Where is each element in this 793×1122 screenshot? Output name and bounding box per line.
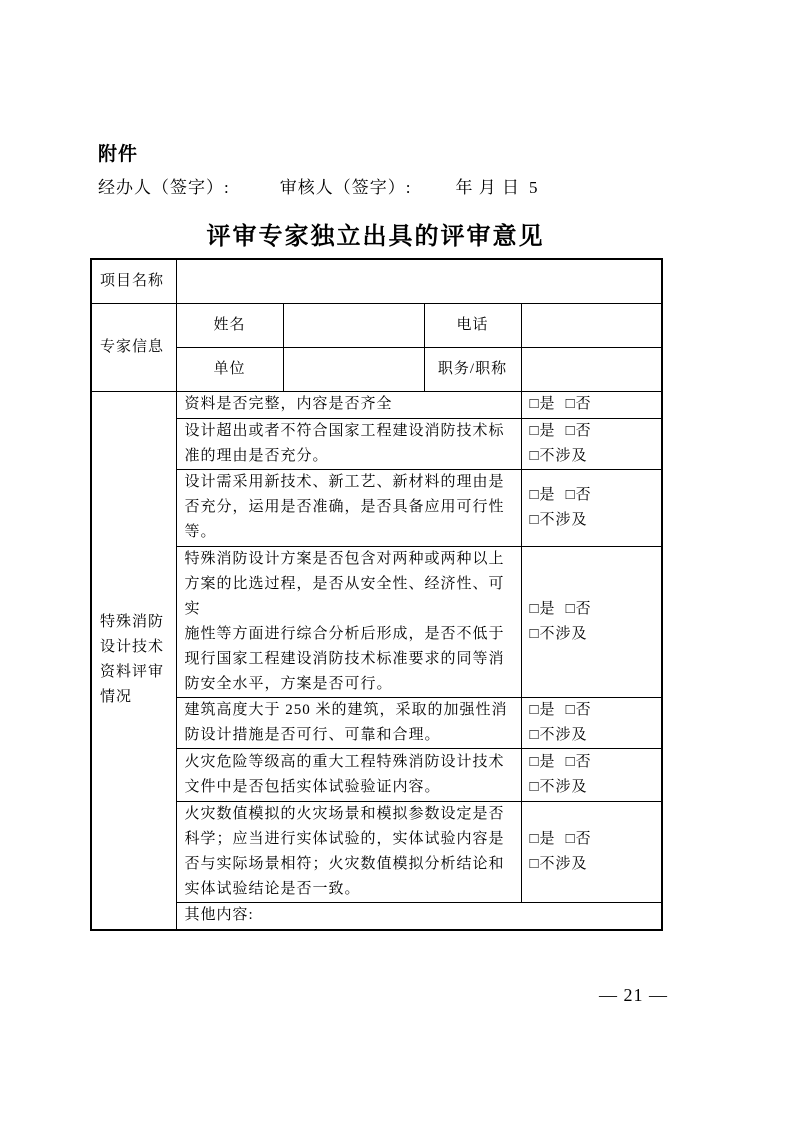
- yes-checkbox[interactable]: □是: [530, 702, 556, 718]
- options-cell: □是□否 □不涉及: [521, 418, 662, 469]
- name-label: 姓名: [176, 303, 283, 347]
- yes-checkbox[interactable]: □是: [530, 601, 556, 617]
- reviewer-signature-label: 审核人（签字）:: [280, 178, 412, 197]
- date-label: 年 月 日: [455, 178, 520, 197]
- project-name-value[interactable]: [176, 259, 662, 303]
- phone-label: 电话: [424, 303, 521, 347]
- checklist-row-3: 设计需采用新技术、新工艺、新材料的理由是否充分，运用是否准确，是否具备应用可行性…: [91, 469, 662, 546]
- no-checkbox[interactable]: □否: [566, 831, 592, 847]
- question-text: 设计需采用新技术、新工艺、新材料的理由是否充分，运用是否准确，是否具备应用可行性…: [176, 469, 521, 546]
- checklist-row-6: 火灾危险等级高的重大工程特殊消防设计技术文件中是否包括实体试验验证内容。 □是□…: [91, 748, 662, 801]
- review-form-table: 项目名称 专家信息 姓名 电话 单位 职务/职称 特殊消防设计技术资料评审情况 …: [90, 258, 663, 931]
- other-content-label[interactable]: 其他内容:: [176, 902, 662, 930]
- options-cell: □是□否 □不涉及: [521, 697, 662, 748]
- expert-row-2: 单位 职务/职称: [91, 347, 662, 391]
- expert-row-1: 专家信息 姓名 电话: [91, 303, 662, 347]
- no-checkbox[interactable]: □否: [566, 423, 592, 439]
- question-text: 建筑高度大于 250 米的建筑，采取的加强性消防设计措施是否可行、可靠和合理。: [176, 697, 521, 748]
- document-page: 附件 经办人（签字）:审核人（签字）:年 月 日5 评审专家独立出具的评审意见 …: [0, 0, 793, 1122]
- page-number: — 21 —: [90, 985, 668, 1006]
- organization-value[interactable]: [283, 347, 424, 391]
- phone-value[interactable]: [521, 303, 662, 347]
- options-cell: □是□否 □不涉及: [521, 748, 662, 801]
- options-cell: □是□否: [521, 391, 662, 418]
- signature-line: 经办人（签字）:审核人（签字）:年 月 日5: [98, 173, 538, 198]
- yes-checkbox[interactable]: □是: [530, 831, 556, 847]
- attachment-label: 附件: [98, 139, 138, 166]
- yes-checkbox[interactable]: □是: [530, 423, 556, 439]
- question-cell: 特殊消防设计方案是否包含对两种或两种以上方案的比选过程，是否从安全性、经济性、可…: [176, 546, 521, 697]
- page-title: 评审专家独立出具的评审意见: [90, 216, 661, 251]
- yes-checkbox[interactable]: □是: [530, 396, 556, 412]
- not-applicable-checkbox[interactable]: □不涉及: [530, 512, 588, 528]
- no-checkbox[interactable]: □否: [566, 601, 592, 617]
- operator-signature-label: 经办人（签字）:: [98, 178, 230, 197]
- not-applicable-checkbox[interactable]: □不涉及: [530, 448, 588, 464]
- name-value[interactable]: [283, 303, 424, 347]
- checklist-row-4: 特殊消防设计方案是否包含对两种或两种以上方案的比选过程，是否从安全性、经济性、可…: [91, 546, 662, 697]
- not-applicable-checkbox[interactable]: □不涉及: [530, 626, 588, 642]
- yes-checkbox[interactable]: □是: [530, 487, 556, 503]
- question-text: 特殊消防设计方案是否包含对两种或两种以上方案的比选过程，是否从安全性、经济性、可…: [185, 547, 513, 622]
- project-name-label: 项目名称: [91, 259, 176, 303]
- page-artifact: 5: [529, 178, 539, 197]
- question-text-continued: 施性等方面进行综合分析后形成，是否不低于现行国家工程建设消防技术标准要求的同等消…: [185, 622, 513, 697]
- expert-info-label: 专家信息: [91, 303, 176, 391]
- checklist-row-1: 特殊消防设计技术资料评审情况 资料是否完整，内容是否齐全 □是□否: [91, 391, 662, 418]
- project-name-row: 项目名称: [91, 259, 662, 303]
- no-checkbox[interactable]: □否: [566, 487, 592, 503]
- not-applicable-checkbox[interactable]: □不涉及: [530, 779, 588, 795]
- question-text: 火灾危险等级高的重大工程特殊消防设计技术文件中是否包括实体试验验证内容。: [176, 748, 521, 801]
- options-cell: □是□否 □不涉及: [521, 546, 662, 697]
- no-checkbox[interactable]: □否: [566, 754, 592, 770]
- position-title-value[interactable]: [521, 347, 662, 391]
- not-applicable-checkbox[interactable]: □不涉及: [530, 856, 588, 872]
- organization-label: 单位: [176, 347, 283, 391]
- review-section-label: 特殊消防设计技术资料评审情况: [91, 391, 176, 930]
- position-title-label: 职务/职称: [424, 347, 521, 391]
- no-checkbox[interactable]: □否: [566, 396, 592, 412]
- no-checkbox[interactable]: □否: [566, 702, 592, 718]
- question-text: 火灾数值模拟的火灾场景和模拟参数设定是否科学；应当进行实体试验的，实体试验内容是…: [176, 801, 521, 902]
- question-text: 资料是否完整，内容是否齐全: [176, 391, 521, 418]
- checklist-row-2: 设计超出或者不符合国家工程建设消防技术标准的理由是否充分。 □是□否 □不涉及: [91, 418, 662, 469]
- question-text: 设计超出或者不符合国家工程建设消防技术标准的理由是否充分。: [176, 418, 521, 469]
- checklist-row-5: 建筑高度大于 250 米的建筑，采取的加强性消防设计措施是否可行、可靠和合理。 …: [91, 697, 662, 748]
- not-applicable-checkbox[interactable]: □不涉及: [530, 727, 588, 743]
- yes-checkbox[interactable]: □是: [530, 754, 556, 770]
- checklist-row-7: 火灾数值模拟的火灾场景和模拟参数设定是否科学；应当进行实体试验的，实体试验内容是…: [91, 801, 662, 902]
- other-content-row: 其他内容:: [91, 902, 662, 930]
- options-cell: □是□否 □不涉及: [521, 801, 662, 902]
- options-cell: □是□否 □不涉及: [521, 469, 662, 546]
